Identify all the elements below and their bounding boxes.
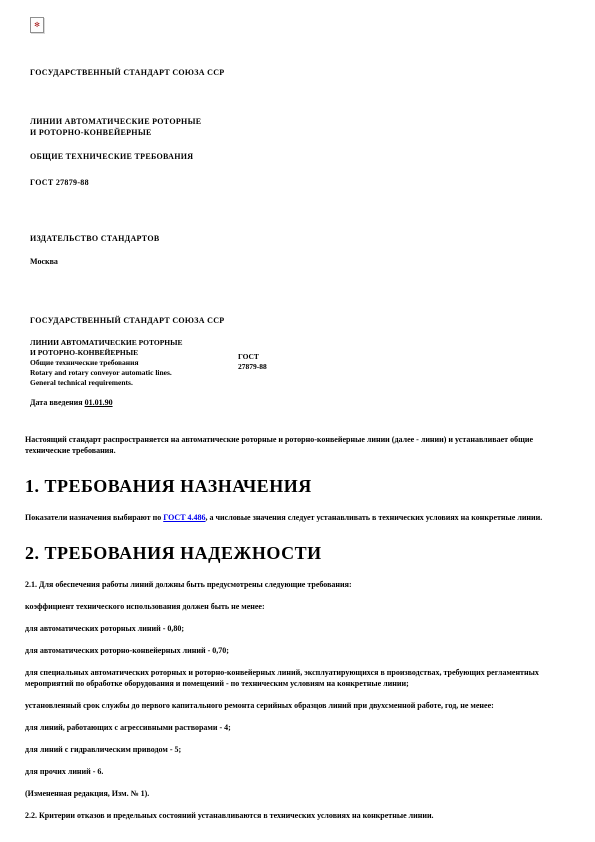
section-1-text-before-link: Показатели назначения выбирают по xyxy=(25,513,163,522)
cover-title-line2: И РОТОРНО-КОНВЕЙЕРНЫЕ xyxy=(30,127,570,138)
header-title-line2: И РОТОРНО-КОНВЕЙЕРНЫЕ xyxy=(30,348,215,358)
clause-aggressive-solutions: для линий, работающих с агрессивными рас… xyxy=(25,722,570,733)
header-org-line: ГОСУДАРСТВЕННЫЙ СТАНДАРТ СОЮЗА ССР xyxy=(30,315,570,326)
cover-block: ГОСУДАРСТВЕННЫЙ СТАНДАРТ СОЮЗА ССР ЛИНИИ… xyxy=(30,67,570,266)
clause-2-1: 2.1. Для обеспечения работы линий должны… xyxy=(25,579,570,590)
clause-hydraulic-drive: для линий с гидравлическим приводом - 5; xyxy=(25,744,570,755)
header-subtitle-en1: Rotary and rotary conveyor automatic lin… xyxy=(30,368,215,378)
standard-header-block: ГОСУДАРСТВЕННЫЙ СТАНДАРТ СОЮЗА ССР ЛИНИИ… xyxy=(30,315,570,407)
clause-special-lines: для специальных автоматических роторных … xyxy=(25,667,570,689)
clause-conveyor-lines-value: для автоматических роторно-конвейерных л… xyxy=(25,645,570,656)
section-1-paragraph: Показатели назначения выбирают по ГОСТ 4… xyxy=(25,512,570,523)
cover-doc-number: ГОСТ 27879-88 xyxy=(30,177,570,188)
gost-4486-link[interactable]: ГОСТ 4.486 xyxy=(163,513,205,522)
clause-coefficient: коэффициент технического использования д… xyxy=(25,601,570,612)
section-2-body: 2.1. Для обеспечения работы линий должны… xyxy=(25,579,570,821)
header-subtitle-ru: Общие технические требования xyxy=(30,358,215,368)
header-doc-number-line1: ГОСТ xyxy=(238,352,267,362)
header-doc-number-cell: ГОСТ 27879-88 xyxy=(238,352,267,372)
cover-subtitle: ОБЩИЕ ТЕХНИЧЕСКИЕ ТРЕБОВАНИЯ xyxy=(30,151,570,162)
header-doc-number-line2: 27879-88 xyxy=(238,362,267,372)
clause-amended-edition: (Измененная редакция, Изм. № 1). xyxy=(25,788,570,799)
effective-date-line: Дата введения 01.01.90 xyxy=(30,398,570,407)
broken-image-icon: ✻ xyxy=(30,17,44,33)
effective-date: 01.01.90 xyxy=(85,398,113,407)
section-2-heading: 2. ТРЕБОВАНИЯ НАДЕЖНОСТИ xyxy=(25,543,570,563)
clause-other-lines: для прочих линий - 6. xyxy=(25,766,570,777)
intro-paragraph: Настоящий стандарт распространяется на а… xyxy=(25,434,570,456)
cover-org-line: ГОСУДАРСТВЕННЫЙ СТАНДАРТ СОЮЗА ССР xyxy=(30,67,570,78)
broken-image-glyph: ✻ xyxy=(34,22,40,29)
effective-date-label: Дата введения xyxy=(30,398,85,407)
clause-service-life: установленный срок службы до первого кап… xyxy=(25,700,570,711)
cover-city: Москва xyxy=(30,257,570,266)
section-1-heading: 1. ТРЕБОВАНИЯ НАЗНАЧЕНИЯ xyxy=(25,476,570,496)
clause-2-2: 2.2. Критерии отказов и предельных состо… xyxy=(25,810,570,821)
header-title-line1: ЛИНИИ АВТОМАТИЧЕСКИЕ РОТОРНЫЕ xyxy=(30,338,215,348)
document-page: ✻ ГОСУДАРСТВЕННЫЙ СТАНДАРТ СОЮЗА ССР ЛИН… xyxy=(0,17,595,821)
clause-rotary-lines-value: для автоматических роторных линий - 0,80… xyxy=(25,623,570,634)
header-title-table: ЛИНИИ АВТОМАТИЧЕСКИЕ РОТОРНЫЕ И РОТОРНО-… xyxy=(30,338,570,388)
section-1-text-after-link: , а числовые значения следует устанавлив… xyxy=(206,513,543,522)
cover-publisher: ИЗДАТЕЛЬСТВО СТАНДАРТОВ xyxy=(30,233,570,244)
header-title-cell: ЛИНИИ АВТОМАТИЧЕСКИЕ РОТОРНЫЕ И РОТОРНО-… xyxy=(30,338,215,388)
cover-title: ЛИНИИ АВТОМАТИЧЕСКИЕ РОТОРНЫЕ И РОТОРНО-… xyxy=(30,116,570,138)
cover-title-line1: ЛИНИИ АВТОМАТИЧЕСКИЕ РОТОРНЫЕ xyxy=(30,116,570,127)
header-subtitle-en2: General technical requirements. xyxy=(30,378,215,388)
